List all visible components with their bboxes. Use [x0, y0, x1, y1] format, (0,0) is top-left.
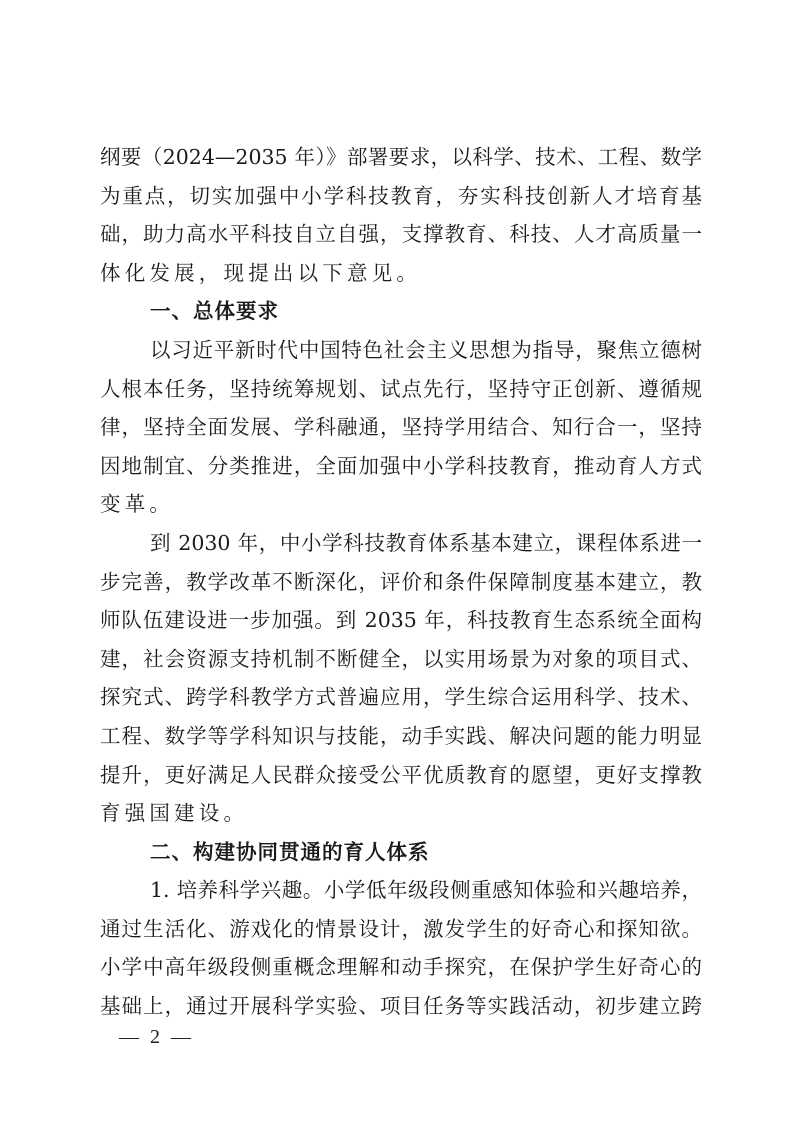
text-line: 探究式、跨学科教学方式普遍应用，学生综合运用科学、技术、	[100, 678, 702, 717]
text-line: 步完善，教学改革不断深化，评价和条件保障制度基本建立，教	[100, 563, 702, 602]
text-line: 育强国建设。	[100, 794, 702, 833]
text-line: 因地制宜、分类推进，全面加强中小学科技教育，推动育人方式	[100, 447, 702, 486]
section-heading-general-requirements: 一、总体要求	[100, 292, 702, 331]
text-line: 础，助力高水平科技自立自强，支撑教育、科技、人才高质量一	[100, 215, 702, 254]
text-line: 人根本任务，坚持统筹规划、试点先行，坚持守正创新、遵循规	[100, 370, 702, 409]
text-line: 到 2030 年，中小学科技教育体系基本建立，课程体系进一	[100, 524, 702, 563]
text-line: 小学中高年级段侧重概念理解和动手探究，在保护学生好奇心的	[100, 948, 702, 987]
text-line: 基础上，通过开展科学实验、项目任务等实践活动，初步建立跨	[100, 987, 702, 1026]
text-line: 1. 培养科学兴趣。小学低年级段侧重感知体验和兴趣培养，	[100, 871, 702, 910]
text-line: 以习近平新时代中国特色社会主义思想为指导，聚焦立德树	[100, 331, 702, 370]
text-line: 建，社会资源支持机制不断健全，以实用场景为对象的项目式、	[100, 640, 702, 679]
text-line: 通过生活化、游戏化的情景设计，激发学生的好奇心和探知欲。	[100, 910, 702, 949]
text-line: 为重点，切实加强中小学科技教育，夯实科技创新人才培育基	[100, 177, 702, 216]
text-line: 师队伍建设进一步加强。到 2035 年，科技教育生态系统全面构	[100, 601, 702, 640]
text-line: 体化发展，现提出以下意见。	[100, 254, 702, 293]
page-number: — 2 —	[119, 1026, 194, 1049]
document-page: 纲要（2024—2035 年）》部署要求，以科学、技术、工程、数学 为重点，切实…	[100, 138, 702, 1026]
text-line: 工程、数学等学科知识与技能，动手实践、解决问题的能力明显	[100, 717, 702, 756]
text-line: 提升，更好满足人民群众接受公平优质教育的愿望，更好支撑教	[100, 756, 702, 795]
text-line: 变革。	[100, 485, 702, 524]
text-line: 纲要（2024—2035 年）》部署要求，以科学、技术、工程、数学	[100, 138, 702, 177]
text-line: 律，坚持全面发展、学科融通，坚持学用结合、知行合一，坚持	[100, 408, 702, 447]
section-heading-education-system: 二、构建协同贯通的育人体系	[100, 833, 702, 872]
